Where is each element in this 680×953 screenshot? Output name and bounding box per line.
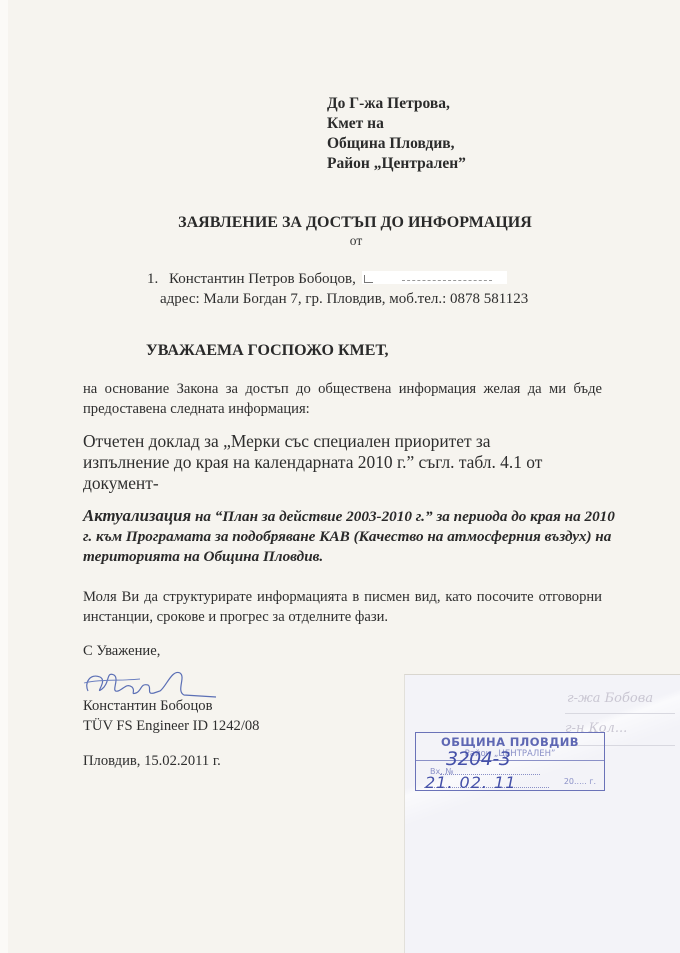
applicant-number: 1.: [147, 269, 169, 289]
recipient-block: До Г-жа Петрова, Кмет на Община Пловдив,…: [327, 94, 466, 174]
slip-handwritten-note: г-жа Бобова: [567, 691, 653, 706]
place-and-date: Пловдив, 15.02.2011 г.: [83, 753, 221, 770]
salutation: УВАЖАЕМА ГОСПОЖО КМЕТ,: [146, 342, 388, 360]
slip-rule: [565, 713, 675, 714]
applicant-block: 1.Константин Петров Бобоцов, адрес: Мали…: [147, 269, 528, 309]
receipt-slip: г-жа Бобова г-н Кол...: [404, 674, 680, 953]
recipient-line: Кмет на: [327, 114, 466, 134]
applicant-name: Константин Петров Бобоцов,: [169, 271, 360, 287]
recipient-line: Община Пловдив,: [327, 134, 466, 154]
document-title: ЗАЯВЛЕНИЕ ЗА ДОСТЪП ДО ИНФОРМАЦИЯ: [0, 214, 680, 232]
recipient-line: Район „Централен”: [327, 154, 466, 174]
signer-block: Константин Бобоцов TÜV FS Engineer ID 12…: [83, 696, 259, 736]
signer-credential: TÜV FS Engineer ID 1242/08: [83, 716, 259, 736]
page-edge: [0, 0, 8, 953]
recipient-line: До Г-жа Петрова,: [327, 94, 466, 114]
requested-report-paragraph: Отчетен доклад за „Мерки със специален п…: [83, 431, 563, 494]
stamp-registration-number: 3204-3: [446, 748, 510, 770]
request-intro-paragraph: на основание Закона за достъп до обществ…: [83, 379, 602, 419]
signer-name: Константин Бобоцов: [83, 696, 259, 716]
closing: С Уважение,: [83, 643, 160, 660]
from-label: от: [0, 233, 680, 249]
stamp-year-label: 20..... г.: [564, 777, 596, 786]
document-reference-lead: Актуализация: [83, 506, 191, 525]
stamp-organization: ОБЩИНА ПЛОВДИВ: [416, 735, 604, 749]
applicant-address: адрес: Мали Богдан 7, гр. Пловдив, моб.т…: [147, 289, 528, 309]
structure-request-paragraph: Моля Ви да структурирате информацията в …: [83, 587, 602, 627]
redacted-region: [362, 271, 507, 284]
stamp-handwritten-date: 21. 02. 11: [425, 773, 516, 792]
document-reference-paragraph: Актуализация на “План за действие 2003-2…: [83, 506, 623, 567]
scanned-letter-page: До Г-жа Петрова, Кмет на Община Пловдив,…: [0, 0, 680, 953]
slip-fold-shading: [405, 675, 680, 953]
